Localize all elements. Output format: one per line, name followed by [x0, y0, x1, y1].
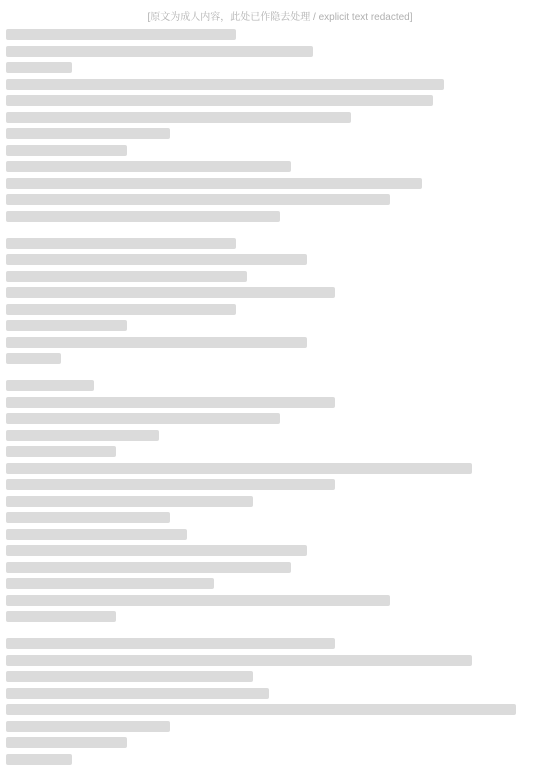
text-line-redacted — [6, 413, 280, 424]
text-line-redacted — [6, 161, 291, 172]
text-line-redacted — [6, 446, 116, 457]
text-line-redacted — [6, 337, 307, 348]
text-line-redacted — [6, 638, 335, 649]
paragraph-block — [6, 380, 554, 622]
text-line-redacted — [6, 95, 433, 106]
text-line-redacted — [6, 178, 422, 189]
text-line-redacted — [6, 29, 236, 40]
text-line-redacted — [6, 287, 335, 298]
text-line-redacted — [6, 578, 214, 589]
text-line-redacted — [6, 194, 390, 205]
text-line-redacted — [6, 320, 127, 331]
text-line-redacted — [6, 737, 127, 748]
text-body — [6, 29, 554, 765]
text-line-redacted — [6, 479, 335, 490]
text-line-redacted — [6, 704, 516, 715]
text-line-redacted — [6, 496, 253, 507]
text-line-redacted — [6, 397, 335, 408]
text-line-redacted — [6, 595, 390, 606]
paragraph-block — [6, 238, 554, 365]
text-line-redacted — [6, 353, 61, 364]
text-line-redacted — [6, 271, 247, 282]
text-line-redacted — [6, 529, 187, 540]
document-page: [原文为成人内容，此处已作隐去处理 / explicit text redact… — [0, 0, 560, 766]
paragraph-block — [6, 638, 554, 765]
text-line-redacted — [6, 46, 313, 57]
text-line-redacted — [6, 128, 170, 139]
text-line-redacted — [6, 79, 444, 90]
text-line-redacted — [6, 754, 72, 765]
text-line-redacted — [6, 671, 253, 682]
text-line-redacted — [6, 463, 472, 474]
text-line-redacted — [6, 512, 170, 523]
text-line-redacted — [6, 688, 269, 699]
text-line-redacted — [6, 211, 280, 222]
text-line-redacted — [6, 562, 291, 573]
redaction-notice: [原文为成人内容，此处已作隐去处理 / explicit text redact… — [6, 8, 554, 23]
text-line-redacted — [6, 304, 236, 315]
text-line-redacted — [6, 655, 472, 666]
text-line-redacted — [6, 112, 351, 123]
paragraph-block — [6, 29, 554, 222]
text-line-redacted — [6, 545, 307, 556]
text-line-redacted — [6, 380, 94, 391]
text-line-redacted — [6, 238, 236, 249]
text-line-redacted — [6, 145, 127, 156]
text-line-redacted — [6, 62, 72, 73]
text-line-redacted — [6, 254, 307, 265]
text-line-redacted — [6, 721, 170, 732]
text-line-redacted — [6, 430, 159, 441]
text-line-redacted — [6, 611, 116, 622]
